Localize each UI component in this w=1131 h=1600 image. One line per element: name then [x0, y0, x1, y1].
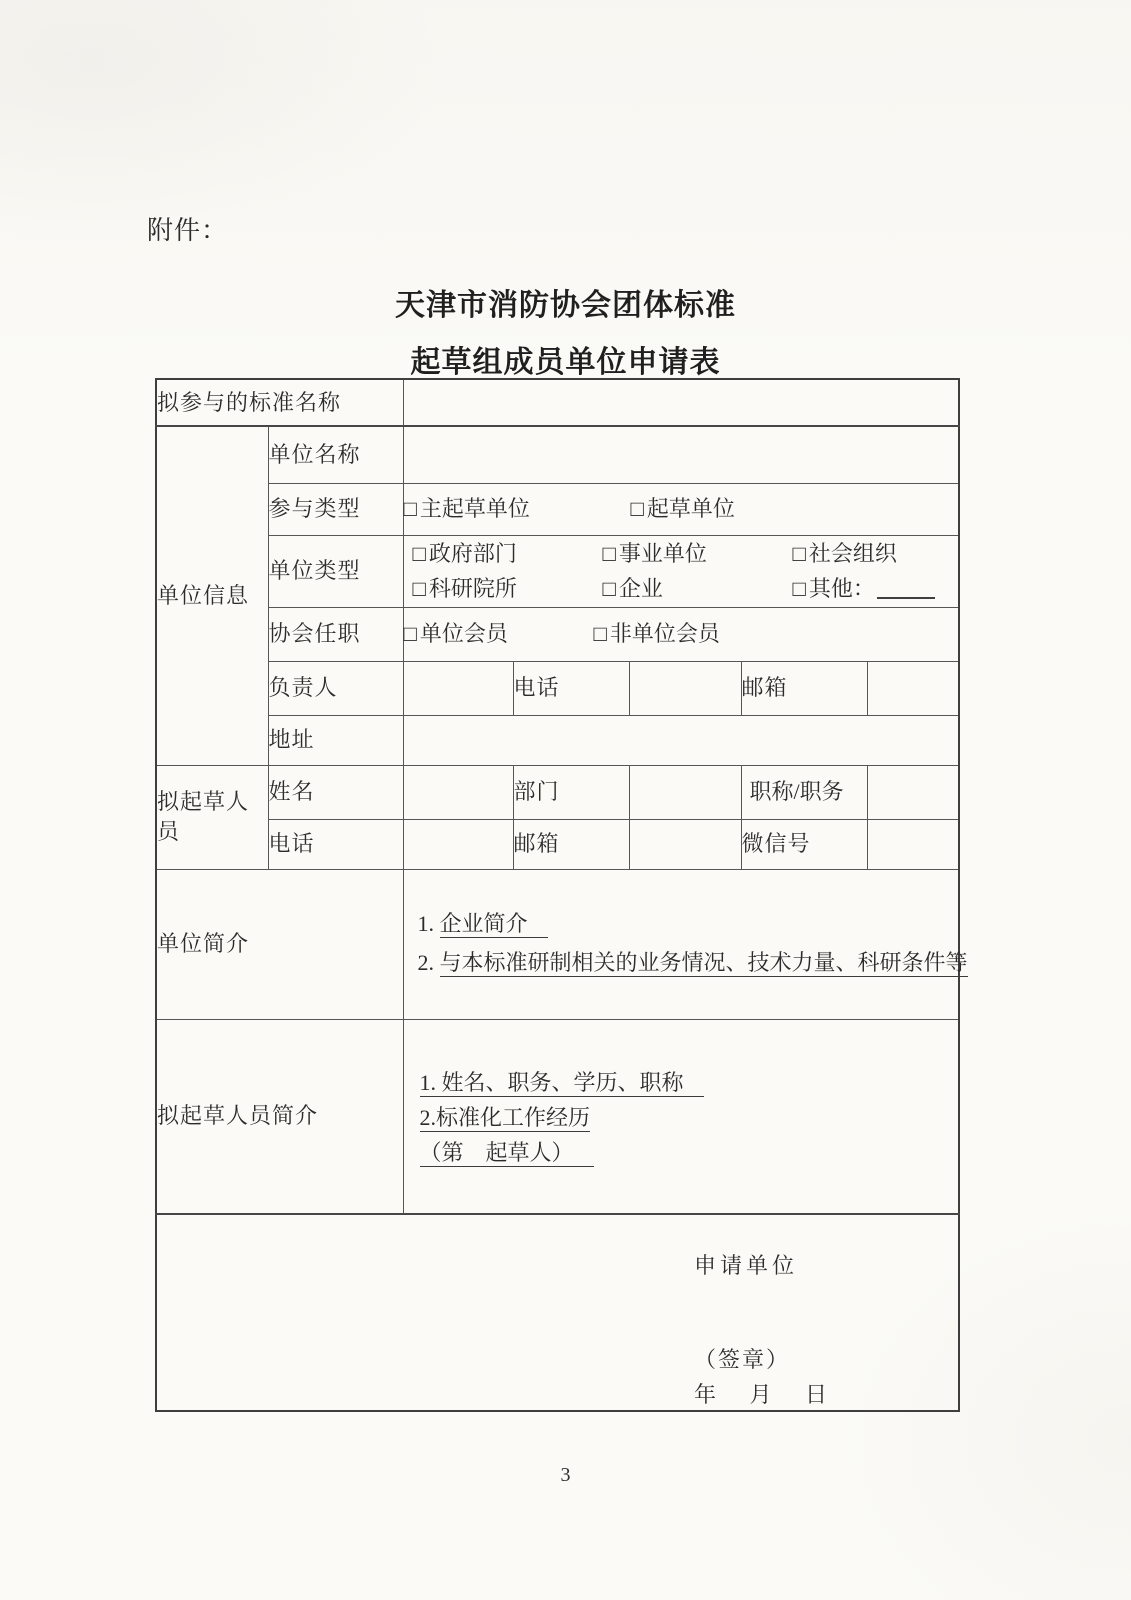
row-unit-profile: 单位简介 1. 企业简介 2. 与本标准研制相关的业务情况、技术力量、科研条件等	[156, 869, 959, 1019]
drafter-profile-item: 2.标准化工作经历	[420, 1104, 951, 1131]
drafter-profile-content: 1. 姓名、职务、学历、职称 2.标准化工作经历 （第 起草人）	[403, 1019, 959, 1214]
date-line: 年 月 日	[694, 1380, 958, 1410]
row-standard-name: 拟参与的标准名称	[156, 379, 959, 426]
option-unit-member: □单位会员	[404, 619, 594, 649]
option-label: 非单位会员	[610, 621, 720, 646]
drafter-name-value-cell	[403, 765, 513, 819]
row-contact-person: 负责人 电话 邮箱	[156, 661, 959, 715]
contact-person-value-cell	[403, 661, 513, 715]
document-title: 天津市消防协会团体标准	[0, 280, 1131, 324]
contact-email-label: 邮箱	[741, 661, 867, 715]
drafter-name-label: 姓名	[268, 765, 403, 819]
row-drafter-profile: 拟起草人员简介 1. 姓名、职务、学历、职称 2.标准化工作经历 （第 起草人）	[156, 1019, 959, 1214]
unit-profile-content: 1. 企业简介 2. 与本标准研制相关的业务情况、技术力量、科研条件等	[403, 869, 959, 1019]
checkbox-icon: □	[404, 496, 417, 521]
unit-name-label: 单位名称	[268, 426, 403, 483]
drafter-wechat-value-cell	[867, 819, 959, 869]
checkbox-icon: □	[603, 541, 616, 566]
option-label: 起草单位	[647, 496, 735, 521]
item-text: 1. 姓名、职务、学历、职称	[420, 1070, 704, 1097]
checkbox-icon: □	[413, 576, 426, 601]
row-unit-name: 单位信息 单位名称	[156, 426, 959, 483]
item-text: 企业简介	[440, 911, 548, 938]
option-government-dept: □政府部门	[413, 539, 603, 569]
signature-cell: 申请单位 （签章） 年 月 日	[156, 1214, 959, 1411]
address-label: 地址	[268, 715, 403, 765]
drafter-email-label: 邮箱	[513, 819, 629, 869]
unit-profile-item: 1. 企业简介	[418, 910, 951, 937]
drafter-dept-value-cell	[629, 765, 741, 819]
option-public-institution: □事业单位	[603, 539, 793, 569]
document-subtitle: 起草组成员单位申请表	[0, 337, 1131, 381]
contact-phone-value-cell	[629, 661, 741, 715]
contact-phone-label: 电话	[513, 661, 629, 715]
option-label: 政府部门	[429, 541, 517, 566]
option-label: 单位会员	[420, 621, 508, 646]
standard-name-label: 拟参与的标准名称	[156, 379, 403, 426]
drafter-title-value-cell	[867, 765, 959, 819]
contact-person-label: 负责人	[268, 661, 403, 715]
option-main-drafting-unit: □主起草单位	[404, 494, 631, 524]
item-text: 2.标准化工作经历	[420, 1105, 591, 1132]
row-signature: 申请单位 （签章） 年 月 日	[156, 1214, 959, 1411]
option-label: 事业单位	[619, 541, 707, 566]
attachment-label: 附件：	[147, 210, 228, 247]
option-other: □其他：	[793, 574, 959, 604]
checkbox-icon: □	[793, 576, 806, 601]
drafter-profile-label: 拟起草人员简介	[156, 1019, 403, 1214]
checkbox-icon: □	[793, 541, 806, 566]
participation-type-label: 参与类型	[268, 483, 403, 535]
option-label: 主起草单位	[420, 496, 530, 521]
checkbox-icon: □	[404, 621, 417, 646]
checkbox-icon: □	[594, 621, 607, 646]
unit-type-label: 单位类型	[268, 535, 403, 607]
option-label: 社会组织	[809, 541, 897, 566]
unit-profile-label: 单位简介	[156, 869, 403, 1019]
drafters-section-label: 拟起草人员	[156, 765, 268, 869]
blank-line	[877, 596, 935, 599]
unit-profile-item: 2. 与本标准研制相关的业务情况、技术力量、科研条件等	[418, 949, 951, 976]
row-association-position: 协会任职 □单位会员□非单位会员	[156, 607, 959, 661]
association-position-label: 协会任职	[268, 607, 403, 661]
unit-name-value-cell	[403, 426, 959, 483]
drafter-email-value-cell	[629, 819, 741, 869]
row-participation-type: 参与类型 □主起草单位□起草单位	[156, 483, 959, 535]
row-drafter-2: 电话 邮箱 微信号	[156, 819, 959, 869]
participation-type-options: □主起草单位□起草单位	[403, 483, 959, 535]
item-prefix: 1.	[418, 911, 440, 936]
checkbox-icon: □	[603, 576, 616, 601]
page-number: 3	[0, 1464, 1131, 1487]
drafter-title-label: 职称/职务	[741, 765, 867, 819]
option-label: 企业	[619, 576, 663, 601]
option-enterprise: □企业	[603, 574, 793, 604]
row-unit-type: 单位类型 □政府部门 □事业单位 □社会组织 □科研院所 □企业 □其他：	[156, 535, 959, 607]
row-drafter-1: 拟起草人员 姓名 部门 职称/职务	[156, 765, 959, 819]
document-page: { "page": { "attachment_label": "附件：", "…	[0, 0, 1131, 1600]
address-value-cell	[403, 715, 959, 765]
drafter-profile-item: 1. 姓名、职务、学历、职称	[420, 1069, 951, 1096]
option-research-institute: □科研院所	[413, 574, 603, 604]
row-address: 地址	[156, 715, 959, 765]
drafter-dept-label: 部门	[513, 765, 629, 819]
checkbox-icon: □	[631, 496, 644, 521]
standard-name-value-cell	[403, 379, 959, 426]
drafter-wechat-label: 微信号	[741, 819, 867, 869]
checkbox-icon: □	[413, 541, 426, 566]
drafter-phone-label: 电话	[268, 819, 403, 869]
item-text: 与本标准研制相关的业务情况、技术力量、科研条件等	[440, 950, 968, 977]
drafter-profile-item: （第 起草人）	[420, 1139, 951, 1166]
unit-info-section-label: 单位信息	[156, 426, 268, 765]
applicant-unit-label: 申请单位	[694, 1251, 958, 1281]
contact-email-value-cell	[867, 661, 959, 715]
association-position-options: □单位会员□非单位会员	[403, 607, 959, 661]
item-prefix: 2.	[418, 950, 440, 975]
unit-type-options: □政府部门 □事业单位 □社会组织 □科研院所 □企业 □其他：	[403, 535, 959, 607]
drafter-phone-value-cell	[403, 819, 513, 869]
option-non-unit-member: □非单位会员	[594, 619, 720, 649]
option-label: 其他：	[809, 576, 875, 601]
seal-label: （签章）	[694, 1345, 958, 1375]
option-drafting-unit: □起草单位	[631, 494, 735, 524]
option-social-organization: □社会组织	[793, 539, 959, 569]
application-form-table: 拟参与的标准名称 单位信息 单位名称 参与类型 □主起草单位□起草单位 单位类型…	[155, 378, 960, 1412]
item-text: （第 起草人）	[420, 1140, 594, 1167]
option-label: 科研院所	[429, 576, 517, 601]
